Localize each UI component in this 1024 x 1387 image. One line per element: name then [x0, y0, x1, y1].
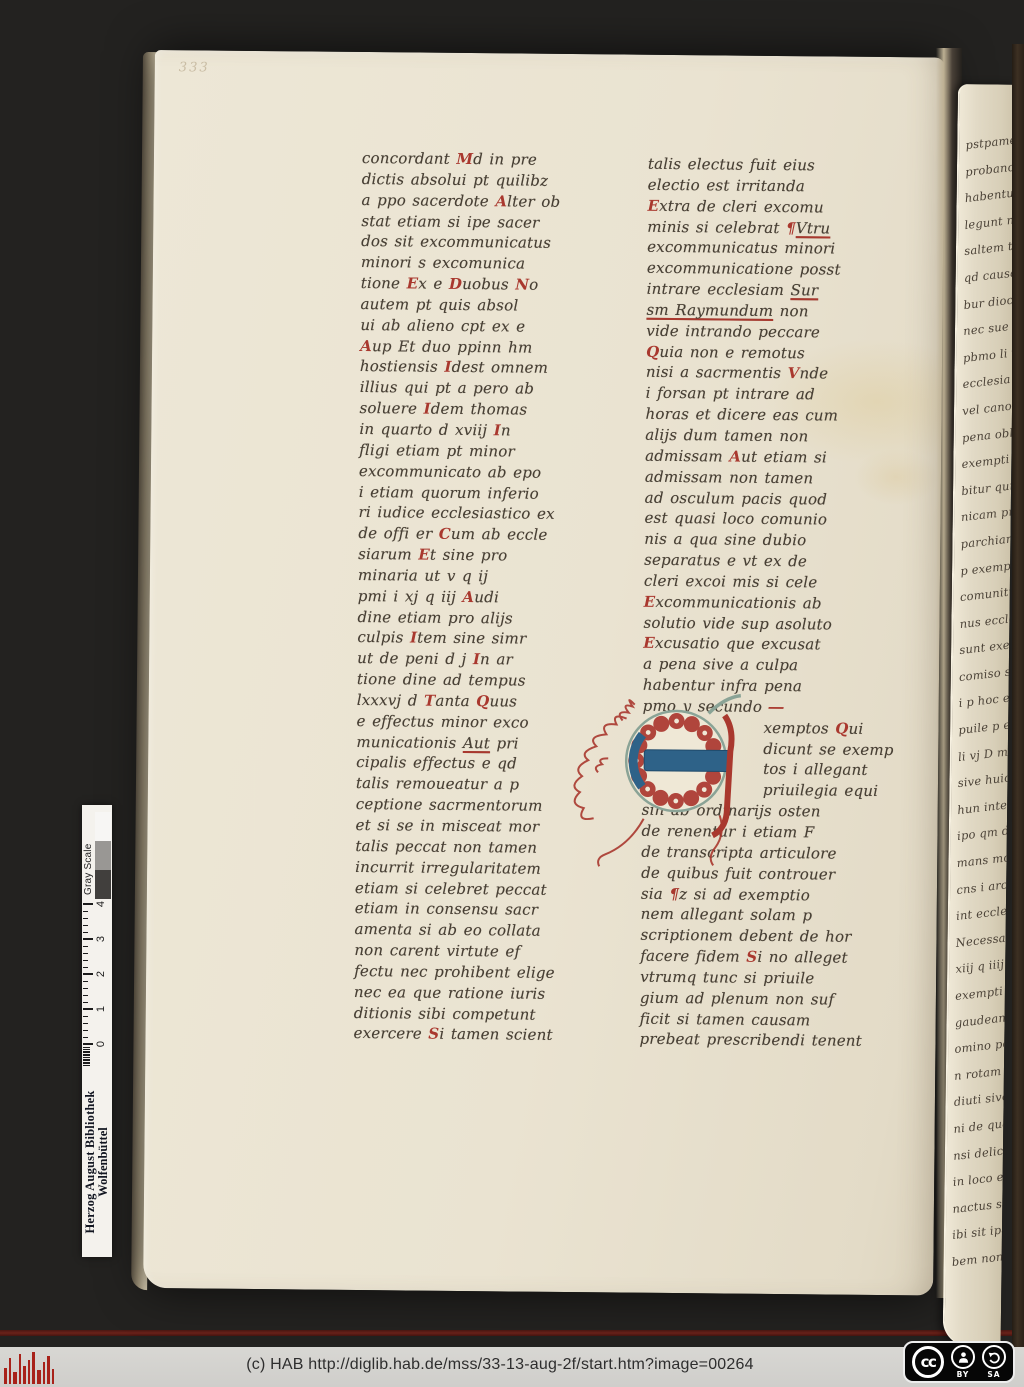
manuscript-page: 333 concordant Md in predictis absolui p… [143, 50, 945, 1296]
red-registration-line [0, 1330, 1024, 1336]
manuscript-text-line: i etiam quorum inferio [359, 482, 647, 506]
gray-scale-block: Gray Scale [83, 805, 111, 899]
gray-scale-patch [95, 812, 111, 841]
manuscript-text-line: horas et dicere eas cum [645, 405, 933, 429]
manuscript-text-line: solutio vide sup asoluto [643, 613, 931, 637]
manuscript-text-line: nisi a sacrmentis Vnde [646, 363, 934, 387]
manuscript-text-line: de offi er Cum ab eccle [358, 524, 646, 548]
manuscript-text-line: ditionis sibi competunt [354, 1004, 642, 1028]
manuscript-text-line: ad osculum pacis quod [645, 488, 933, 512]
manuscript-text-line: cleri excoi mis si cele [644, 572, 932, 596]
manuscript-text-line: minaria ut v q ij [358, 566, 646, 590]
manuscript-text-line: siarum Et sine pro [358, 545, 646, 569]
manuscript-text-line: minori s excomunica [361, 253, 649, 277]
manuscript-text-line: a ppo sacerdote Alter ob [361, 191, 649, 215]
manuscript-text-line: pmi i xj q iij Audi [358, 587, 646, 611]
cc-by-icon [951, 1345, 975, 1369]
manuscript-text-line: admissam non tamen [645, 467, 933, 491]
ruler-number: 2 [95, 967, 107, 981]
manuscript-text-line: ut de peni d j In ar [357, 649, 645, 673]
manuscript-text-line: Quia non e remotus [646, 342, 934, 366]
cc-logo-icon: cc [912, 1346, 944, 1378]
manuscript-text-line: electio est irritanda [648, 176, 936, 200]
color-target-strip: Herzog August Bibliothek Wolfenbüttel 01… [82, 805, 112, 1257]
manuscript-text-line: illius qui pt a pero ab [360, 378, 648, 402]
manuscript-text-line: stat etiam si ipe sacer [361, 212, 649, 236]
decorated-initial: E [547, 688, 779, 890]
manuscript-text-line: dos sit excommunicatus [361, 232, 649, 256]
manuscript-text-line: nis a qua sine dubio [644, 530, 932, 554]
cc-sa-label: SA [987, 1370, 1000, 1379]
manuscript-text-line: scriptionem debent de hor [640, 926, 928, 950]
manuscript-text-line: soluere Idem thomas [359, 399, 647, 423]
manuscript-text-line: dictis absolui pt quilibz [362, 170, 650, 194]
manuscript-text-line: excommunicato ab epo [359, 462, 647, 486]
manuscript-text-line: intrare ecclesiam Sur [647, 280, 935, 304]
ruler-number: 4 [95, 897, 107, 911]
gray-scale-patches [95, 812, 111, 899]
manuscript-text-line: i forsan pt intrare ad [646, 384, 934, 408]
manuscript-text-line: est quasi loco comunio [644, 509, 932, 533]
manuscript-text-line: alijs dum tamen non [645, 426, 933, 450]
manuscript-text-line: ficit si tamen causam [640, 1009, 928, 1033]
centimeter-ruler: 01234 [82, 899, 112, 1067]
gray-scale-patch [95, 870, 111, 899]
manuscript-text-line: gium ad plenum non suf [640, 988, 928, 1012]
cc-sa-icon [982, 1345, 1006, 1369]
cc-license-badge: cc BY SA [903, 1341, 1015, 1383]
library-label: Herzog August Bibliothek Wolfenbüttel [84, 1067, 110, 1257]
manuscript-text-line: excommunicatione posst [647, 259, 935, 283]
manuscript-text-line: admissam Aut etiam si [645, 447, 933, 471]
manuscript-text-line: tos i allegant [763, 760, 930, 782]
manuscript-text-line: Extra de cleri excomu [647, 196, 935, 220]
cc-by-label: BY [957, 1370, 970, 1379]
manuscript-text-line: excommunicatus minori [647, 238, 935, 262]
manuscript-text-line: fligi etiam pt minor [359, 441, 647, 465]
manuscript-text-line: amenta si ab eo collata [354, 920, 642, 944]
library-name-line2: Wolfenbüttel [97, 1067, 110, 1257]
manuscript-text-line: vide intrando peccare [646, 321, 934, 345]
manuscript-text-line: etiam in consensu sacr [355, 899, 643, 923]
manuscript-text-line: priuilegia equi [763, 781, 930, 803]
book-cover-edge [1012, 44, 1024, 1347]
gray-scale-patch [95, 841, 111, 870]
manuscript-text-line: ri iudice ecclesiastico ex [358, 503, 646, 527]
manuscript-text-line: separatus e vt ex de [644, 551, 932, 575]
ruler-number: 0 [95, 1037, 107, 1051]
manuscript-text-line: ui ab alieno cpt ex e [360, 316, 648, 340]
manuscript-text-line: sm Raymundum non [646, 301, 934, 325]
manuscript-text-line: exercere Si tamen scient [353, 1024, 641, 1048]
ruler-number: 1 [95, 1002, 107, 1016]
manuscript-text-line: facere fidem Si no alleget [640, 947, 928, 971]
cc-by-unit: BY [951, 1345, 975, 1379]
manuscript-text-line: vtrumq tunc si priuile [640, 968, 928, 992]
manuscript-text-line: hostiensis Idest omnem [360, 357, 648, 381]
manuscript-text-line: non carent virtute ef [354, 941, 642, 965]
manuscript-text-line: autem pt quis absol [360, 295, 648, 319]
manuscript-text-line: dine etiam pro alijs [357, 608, 645, 632]
manuscript-text-line: nec ea que ratione iuris [354, 983, 642, 1007]
folio-number: 333 [179, 60, 210, 75]
manuscript-text-line: Excommunicationis ab [644, 592, 932, 616]
manuscript-text-line: nem allegant solam p [641, 905, 929, 929]
copyright-text: (c) HAB http://diglib.hab.de/mss/33-13-a… [0, 1356, 1000, 1374]
manuscript-text-line: fectu nec prohibent elige [354, 962, 642, 986]
manuscript-text-line: dicunt se exemp [763, 739, 930, 761]
manuscript-text-line: culpis Item sine simr [357, 628, 645, 652]
manuscript-text-line: Aup Et duo ppinn hm [360, 337, 648, 361]
manuscript-text-line: minis si celebrat ¶Vtru [647, 217, 935, 241]
manuscript-text-line: a pena sive a culpa [643, 655, 931, 679]
manuscript-text-line: Excusatio que excusat [643, 634, 931, 658]
cc-sa-unit: SA [982, 1345, 1006, 1379]
text-column-right: talis electus fuit eiuselectio est irrit… [639, 155, 936, 1054]
text-column-left: concordant Md in predictis absolui pt qu… [353, 149, 650, 1048]
manuscript-text-line: concordant Md in pre [362, 149, 650, 173]
gray-scale-label: Gray Scale [83, 844, 94, 895]
manuscript-text-line: talis electus fuit eius [648, 155, 936, 179]
ruler-number: 3 [95, 932, 107, 946]
facing-page-text: pstpamerprobanonehabenturlegunt nesaltem… [952, 138, 1016, 1282]
manuscript-text-line: xemptos Qui [763, 719, 930, 741]
manuscript-text-line: tione Ex e Duobus No [361, 274, 649, 298]
manuscript-text-line: in quarto d xviij In [359, 420, 647, 444]
manuscript-text-line: prebeat prescribendi tenent [639, 1030, 927, 1054]
